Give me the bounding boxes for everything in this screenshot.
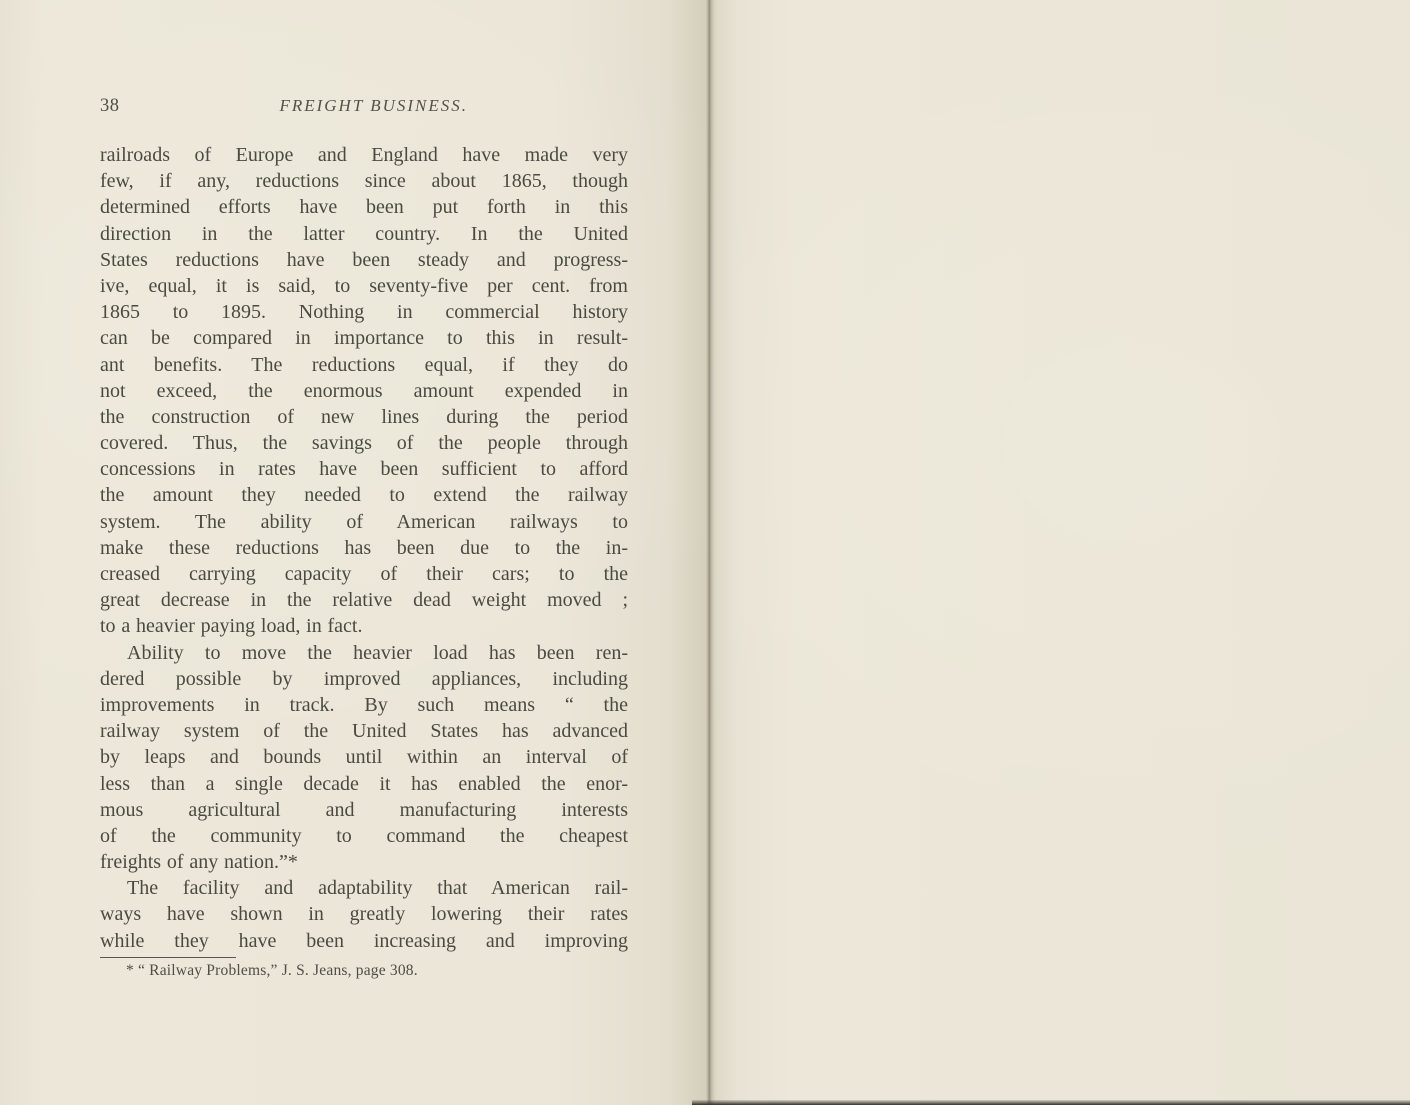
footnote-rule [100,957,236,958]
text-line: system. The ability of American railways… [100,509,628,535]
text-line: Ability to move the heavier load has bee… [100,640,628,666]
text-line: ant benefits. The reductions equal, if t… [100,352,628,378]
text-line: while they have been increasing and impr… [100,928,628,954]
text-line: railroads of Europe and England have mad… [100,142,628,168]
page-gutter-crease [706,0,714,1105]
book-spread: 38 FREIGHT BUSINESS. railroads of Europe… [0,0,1410,1105]
text-line: railway system of the United States has … [100,718,628,744]
text-line: by leaps and bounds until within an inte… [100,744,628,770]
text-line: concessions in rates have been sufficien… [100,456,628,482]
text-line: can be compared in importance to this in… [100,325,628,351]
text-line: The facility and adaptability that Ameri… [100,875,628,901]
text-line: less than a single decade it has enabled… [100,771,628,797]
text-line: 1865 to 1895. Nothing in commercial hist… [100,299,628,325]
text-line: the construction of new lines during the… [100,404,628,430]
footnote: * “ Railway Problems,” J. S. Jeans, page… [126,962,626,980]
page-body-left: railroads of Europe and England have mad… [100,142,628,954]
text-line: the amount they needed to extend the rai… [100,482,628,508]
text-line: of the community to command the cheapest [100,823,628,849]
text-line: States reductions have been steady and p… [100,247,628,273]
text-line: mous agricultural and manufacturing inte… [100,797,628,823]
page-number-left: 38 [100,96,120,117]
text-line: great decrease in the relative dead weig… [100,587,628,613]
text-line: dered possible by improved appliances, i… [100,666,628,692]
running-head-left: 38 FREIGHT BUSINESS. [100,96,628,118]
text-line: to a heavier paying load, in fact. [100,613,628,639]
text-line: few, if any, reductions since about 1865… [100,168,628,194]
text-line: covered. Thus, the savings of the people… [100,430,628,456]
text-line: direction in the latter country. In the … [100,221,628,247]
text-line: make these reductions has been due to th… [100,535,628,561]
text-line: creased carrying capacity of their cars;… [100,561,628,587]
text-line: not exceed, the enormous amount expended… [100,378,628,404]
page-left: 38 FREIGHT BUSINESS. railroads of Europe… [0,0,710,1105]
text-line: improvements in track. By such means “ t… [100,692,628,718]
scan-bottom-edge [692,1100,1410,1105]
running-title-left: FREIGHT BUSINESS. [120,96,629,116]
page-right: CLASSIFICATION AND RATES. 39 their appli… [710,0,1410,1105]
text-line: ways have shown in greatly lowering thei… [100,901,628,927]
text-line: determined efforts have been put forth i… [100,194,628,220]
text-line: ive, equal, it is said, to seventy-five … [100,273,628,299]
text-line: freights of any nation.”* [100,849,628,875]
